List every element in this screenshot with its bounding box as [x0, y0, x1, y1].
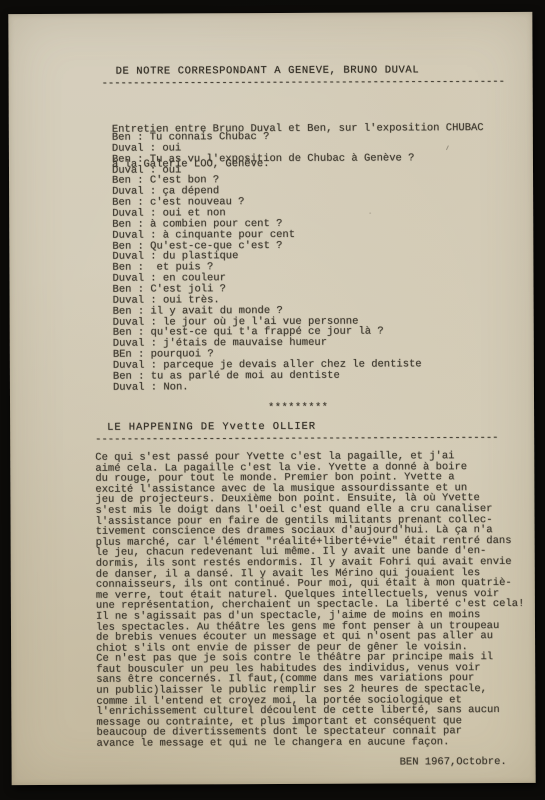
section-separator: ********* [268, 402, 328, 414]
dialogue-line: Ben : Tu as vu l'exposition de Chubac à … [112, 153, 421, 165]
signature: BEN 1967,Octobre. [400, 756, 507, 768]
masthead-underline: ----------------------------------------… [102, 76, 505, 90]
essay-line: avance le message et qui ne le changera … [96, 737, 525, 749]
paper-speck [369, 213, 371, 214]
section-underline: ----------------------------------------… [95, 432, 498, 446]
document-page: DE NOTRE CORRESPONDANT A GENEVE, BRUNO D… [8, 12, 535, 785]
photo-background: DE NOTRE CORRESPONDANT A GENEVE, BRUNO D… [0, 0, 545, 800]
dialogue-line: Duval : Non. [113, 381, 422, 393]
paper-speck [240, 70, 242, 72]
essay-text: Ce qui s'est passé pour Yvette c'est la … [95, 451, 525, 749]
interview-transcript: Ben : Tu connais Chubac ?Duval : ouiBen … [112, 131, 422, 393]
section-title: LE HAPPENING DE Yvette OLLIER [107, 421, 316, 434]
